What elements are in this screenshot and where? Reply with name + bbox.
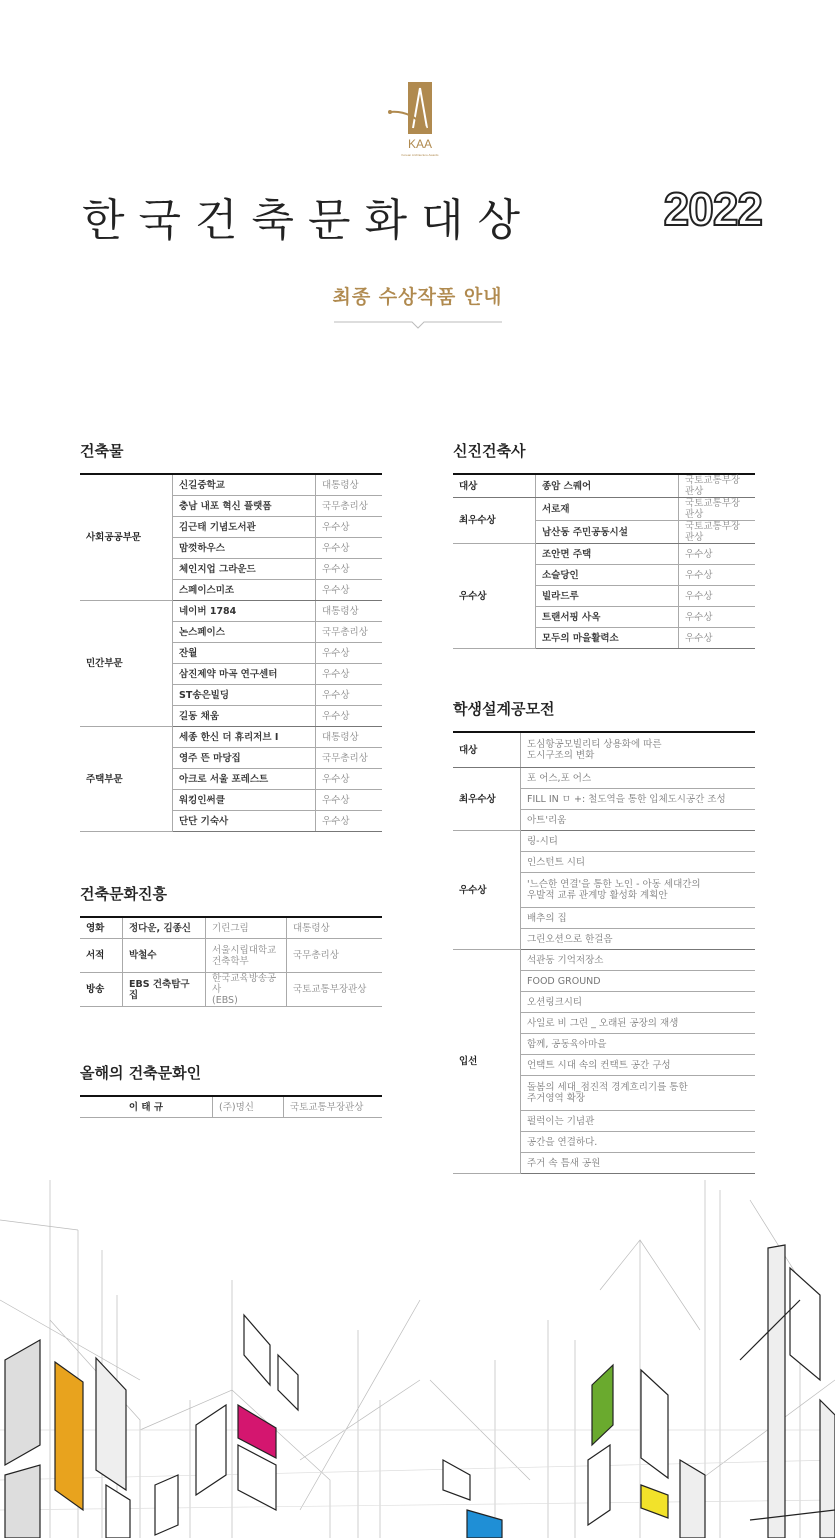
work-cell: 함께, 공동육아마을 xyxy=(521,1034,756,1055)
main-title: 한국건축문화대상 2022 xyxy=(82,180,762,240)
table-row: 대상종암 스퀘어국토교통부장관상 xyxy=(453,474,755,498)
table-row: 방송EBS 건축탐구 집한국교육방송공사 (EBS)국토교통부장관상 xyxy=(80,973,382,1007)
prize-cell: 국무총리상 xyxy=(316,748,383,769)
kaa-logo-icon: KAA Korean Architecture Awards xyxy=(380,82,460,162)
work-cell: 공간을 연결하다. xyxy=(521,1132,756,1153)
work-cell: 언택트 시대 속의 컨택트 공간 구성 xyxy=(521,1055,756,1076)
svg-text:KAA: KAA xyxy=(408,137,432,151)
event-year: 2022 xyxy=(664,182,762,236)
work-cell: 석관동 기억저장소 xyxy=(521,950,756,971)
promotion-table: 영화정다운, 김종신기린그림대통령상서적박철수서울시립대학교 건축학부국무총리상… xyxy=(80,916,382,1007)
prize-cell: 우수상 xyxy=(316,559,383,580)
category-cell: 입선 xyxy=(453,950,521,1174)
prize-cell: 국토교통부장관상 xyxy=(679,521,756,544)
prize-cell: 국무총리상 xyxy=(316,496,383,517)
prize-cell: 우수상 xyxy=(679,607,756,628)
field-cell: 방송 xyxy=(80,973,123,1007)
category-cell: 대상 xyxy=(453,732,521,768)
work-cell: 체인지업 그라운드 xyxy=(173,559,316,580)
work-cell: 삼진제약 마곡 연구센터 xyxy=(173,664,316,685)
prize-cell: 국토교통부장관상 xyxy=(679,474,756,498)
work-cell: 펄럭이는 기념관 xyxy=(521,1111,756,1132)
work-cell: 신길중학교 xyxy=(173,474,316,496)
work-cell: 트랜서핑 사옥 xyxy=(536,607,679,628)
name-cell: EBS 건축탐구 집 xyxy=(123,973,206,1007)
work-cell: 도심항공모빌리티 상용화에 따른 도시구조의 변화 xyxy=(521,732,756,768)
table-row: 우수상링-시티 xyxy=(453,831,755,852)
work-cell: 오션링크시티 xyxy=(521,992,756,1013)
prize-cell: 우수상 xyxy=(316,811,383,832)
prize-cell: 우수상 xyxy=(316,790,383,811)
org-cell: 서울시립대학교 건축학부 xyxy=(206,939,287,973)
org-cell: 기린그림 xyxy=(206,917,287,939)
work-cell: 배추의 집 xyxy=(521,908,756,929)
section-title-person: 올해의 건축문화인 xyxy=(80,1062,201,1083)
category-cell: 민간부문 xyxy=(80,601,173,727)
table-row: 최우수상서로재국토교통부장관상 xyxy=(453,498,755,521)
event-title: 한국건축문화대상 xyxy=(82,184,534,248)
work-cell: 조안면 주택 xyxy=(536,544,679,565)
category-cell: 주택부문 xyxy=(80,727,173,832)
category-cell: 우수상 xyxy=(453,544,536,649)
work-cell: 링-시티 xyxy=(521,831,756,852)
prize-cell: 우수상 xyxy=(679,544,756,565)
work-cell: 논스페이스 xyxy=(173,622,316,643)
prize-cell: 대통령상 xyxy=(287,917,383,939)
work-cell: 맘껏하우스 xyxy=(173,538,316,559)
work-cell: 길동 채움 xyxy=(173,706,316,727)
category-cell: 최우수상 xyxy=(453,498,536,544)
category-cell: 사회공공부문 xyxy=(80,474,173,601)
work-cell: 그린오션으로 한걸음 xyxy=(521,929,756,950)
work-cell: 아크로 서울 포레스트 xyxy=(173,769,316,790)
prize-cell: 우수상 xyxy=(316,685,383,706)
page-subtitle: 최종 수상작품 안내 xyxy=(0,282,835,309)
table-row: 우수상조안면 주택우수상 xyxy=(453,544,755,565)
prize-cell: 국토교통부장관상 xyxy=(287,973,383,1007)
work-cell: 종암 스퀘어 xyxy=(536,474,679,498)
prize-cell: 국무총리상 xyxy=(316,622,383,643)
work-cell: 주거 속 틈새 공원 xyxy=(521,1153,756,1174)
person-org: (주)명신 xyxy=(213,1096,284,1118)
work-cell: 남산동 주민공동시설 xyxy=(536,521,679,544)
work-cell: 사일로 비 그린 _ 오래된 공장의 재생 xyxy=(521,1013,756,1034)
work-cell: 잔월 xyxy=(173,643,316,664)
table-row: 영화정다운, 김종신기린그림대통령상 xyxy=(80,917,382,939)
section-title-student: 학생설계공모전 xyxy=(453,698,554,719)
work-cell: 아트'리움 xyxy=(521,810,756,831)
prize-cell: 우수상 xyxy=(316,643,383,664)
field-cell: 영화 xyxy=(80,917,123,939)
work-cell: 포 어스,포 어스 xyxy=(521,768,756,789)
work-cell: 네이버 1784 xyxy=(173,601,316,622)
work-cell: 워킹인써클 xyxy=(173,790,316,811)
prize-cell: 우수상 xyxy=(679,628,756,649)
work-cell: 돌봄의 세대_점진적 경계흐리기를 통한 주거영역 확장 xyxy=(521,1076,756,1111)
divider-chevron xyxy=(334,318,502,330)
person-prize: 국토교통부장관상 xyxy=(284,1096,383,1118)
category-cell: 최우수상 xyxy=(453,768,521,831)
category-cell: 우수상 xyxy=(453,831,521,950)
work-cell: 소슬당인 xyxy=(536,565,679,586)
prize-cell: 우수상 xyxy=(316,664,383,685)
table-row: 대상도심항공모빌리티 상용화에 따른 도시구조의 변화 xyxy=(453,732,755,768)
work-cell: FOOD GROUND xyxy=(521,971,756,992)
table-row: 이 태 규 (주)명신 국토교통부장관상 xyxy=(80,1096,382,1118)
work-cell: 충남 내포 혁신 플랫폼 xyxy=(173,496,316,517)
prize-cell: 우수상 xyxy=(679,586,756,607)
work-cell: 모두의 마을활력소 xyxy=(536,628,679,649)
prize-cell: 국무총리상 xyxy=(287,939,383,973)
prize-cell: 우수상 xyxy=(316,706,383,727)
work-cell: 스페이스미조 xyxy=(173,580,316,601)
prize-cell: 우수상 xyxy=(316,538,383,559)
work-cell: 영주 뜬 마당집 xyxy=(173,748,316,769)
work-cell: 김근태 기념도서관 xyxy=(173,517,316,538)
work-cell: 단단 기숙사 xyxy=(173,811,316,832)
prize-cell: 우수상 xyxy=(316,517,383,538)
architecture-illustration xyxy=(0,1180,835,1538)
prize-cell: 국토교통부장관상 xyxy=(679,498,756,521)
prize-cell: 우수상 xyxy=(316,769,383,790)
work-cell: '느슨한 연결'을 통한 노인 - 아동 세대간의 우발적 교류 관계망 활성화… xyxy=(521,873,756,908)
prize-cell: 대통령상 xyxy=(316,727,383,748)
section-title-new-architects: 신진건축사 xyxy=(453,440,525,461)
table-row: 입선석관동 기억저장소 xyxy=(453,950,755,971)
prize-cell: 우수상 xyxy=(679,565,756,586)
person-table: 이 태 규 (주)명신 국토교통부장관상 xyxy=(80,1095,382,1118)
table-row: 최우수상포 어스,포 어스 xyxy=(453,768,755,789)
buildings-table: 사회공공부문신길중학교대통령상충남 내포 혁신 플랫폼국무총리상김근태 기념도서… xyxy=(80,473,382,832)
work-cell: 인스턴트 시티 xyxy=(521,852,756,873)
org-cell: 한국교육방송공사 (EBS) xyxy=(206,973,287,1007)
work-cell: 서로재 xyxy=(536,498,679,521)
table-row: 민간부문네이버 1784대통령상 xyxy=(80,601,382,622)
prize-cell: 대통령상 xyxy=(316,601,383,622)
category-cell: 대상 xyxy=(453,474,536,498)
work-cell: 세종 한신 더 휴리저브 Ⅰ xyxy=(173,727,316,748)
field-cell: 서적 xyxy=(80,939,123,973)
work-cell: FILL IN ㅁ +: 철도역을 통한 입체도시공간 조성 xyxy=(521,789,756,810)
name-cell: 정다운, 김종신 xyxy=(123,917,206,939)
svg-text:Korean Architecture Awards: Korean Architecture Awards xyxy=(402,153,439,157)
section-title-buildings: 건축물 xyxy=(80,440,123,461)
table-row: 사회공공부문신길중학교대통령상 xyxy=(80,474,382,496)
table-row: 주택부문세종 한신 더 휴리저브 Ⅰ대통령상 xyxy=(80,727,382,748)
person-name: 이 태 규 xyxy=(80,1096,213,1118)
table-row: 서적박철수서울시립대학교 건축학부국무총리상 xyxy=(80,939,382,973)
prize-cell: 우수상 xyxy=(316,580,383,601)
prize-cell: 대통령상 xyxy=(316,474,383,496)
new-architects-table: 대상종암 스퀘어국토교통부장관상최우수상서로재국토교통부장관상남산동 주민공동시… xyxy=(453,473,755,649)
student-table: 대상도심항공모빌리티 상용화에 따른 도시구조의 변화최우수상포 어스,포 어스… xyxy=(453,731,755,1174)
section-title-promotion: 건축문화진흥 xyxy=(80,883,167,904)
name-cell: 박철수 xyxy=(123,939,206,973)
work-cell: 빌라드루 xyxy=(536,586,679,607)
work-cell: ST송은빌딩 xyxy=(173,685,316,706)
